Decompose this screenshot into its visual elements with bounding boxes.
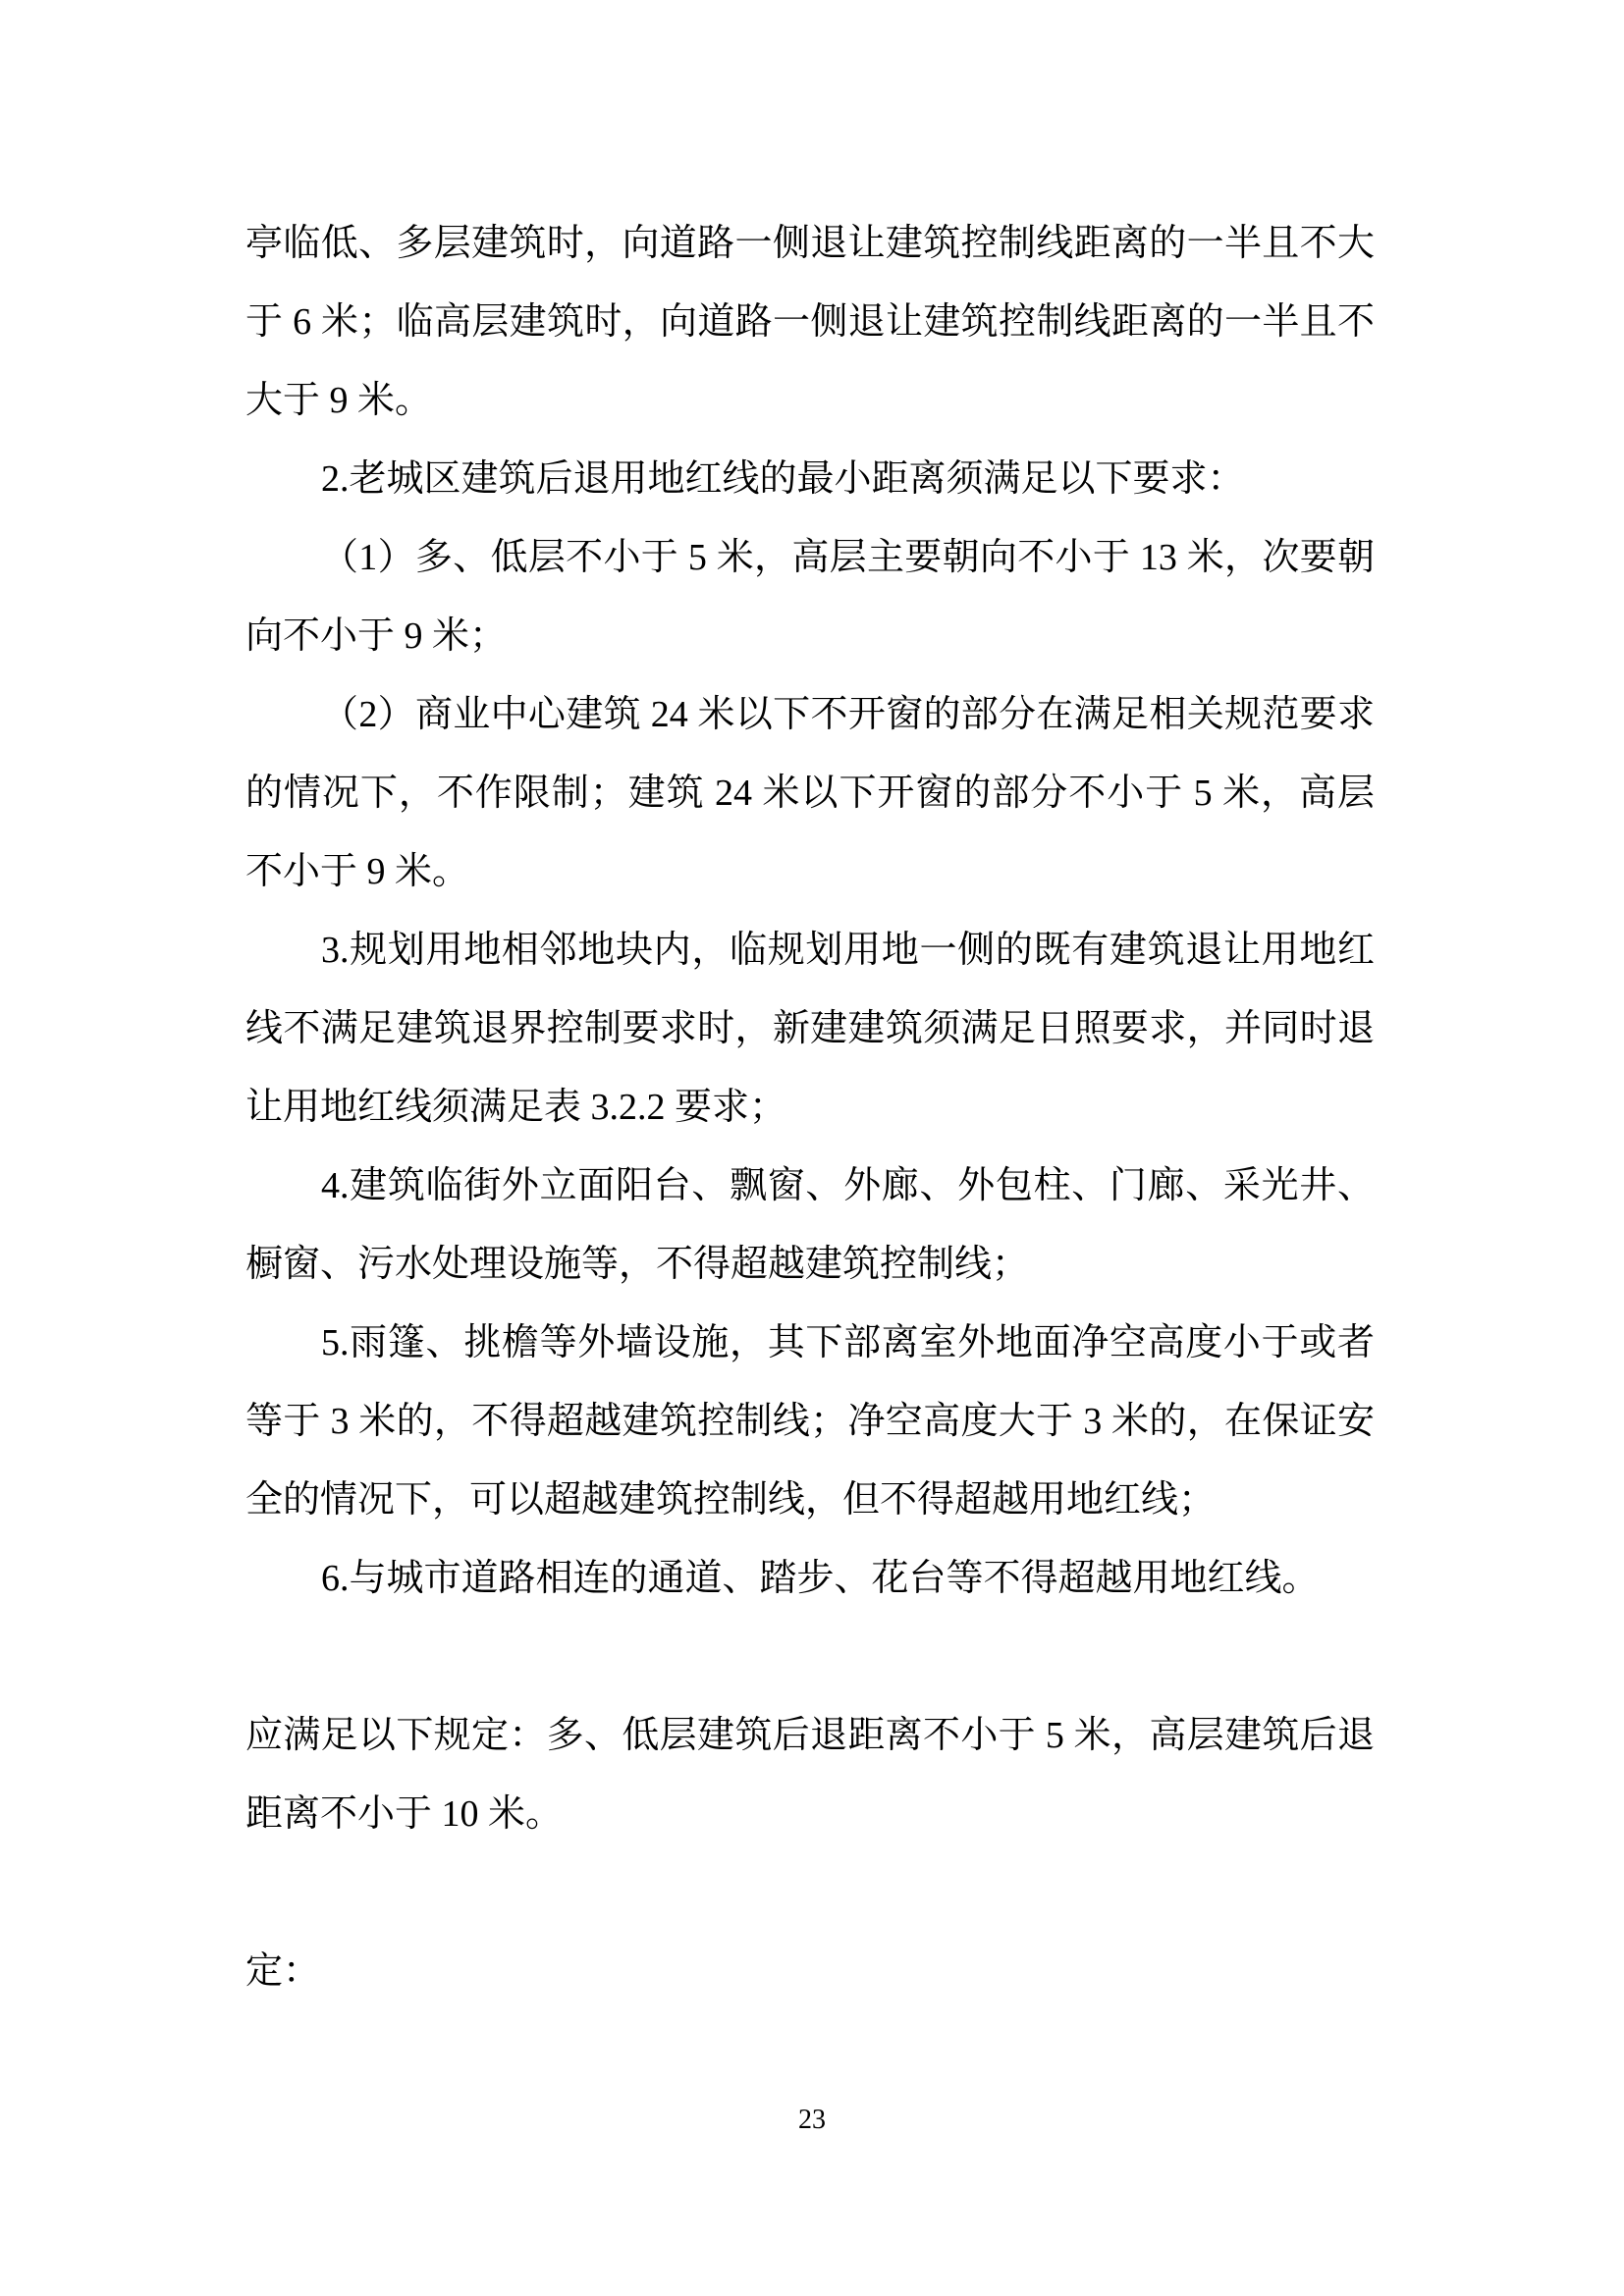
text-line: 亭临低、多层建筑时，向道路一侧退让建筑控制线距离的一半且不大 (245, 204, 1375, 283)
text-line: 向不小于 9 米； (245, 597, 1375, 675)
text-line: 于 6 米；临高层建筑时，向道路一侧退让建筑控制线距离的一半且不 (245, 283, 1375, 361)
text-line: 应满足以下规定：多、低层建筑后退距离不小于 5 米，高层建筑后退 (245, 1696, 1375, 1775)
text-line: 2.老城区建筑后退用地红线的最小距离须满足以下要求： (245, 440, 1375, 518)
text-line: 大于 9 米。 (245, 361, 1375, 440)
text-line: 6.与城市道路相连的通道、踏步、花台等不得超越用地红线。 (245, 1539, 1375, 1618)
text-line: 的情况下，不作限制；建筑 24 米以下开窗的部分不小于 5 米，高层 (245, 754, 1375, 832)
text-line: 定： (245, 1932, 1375, 2010)
text-line: 让用地红线须满足表 3.2.2 要求； (245, 1068, 1375, 1147)
text-line: 第3.2.4条 各类建筑后退规划道路红线的最小距离应满足以下规 (245, 1853, 1375, 1932)
text-line: （1）多、低层不小于 5 米，高层主要朝向不小于 13 米，次要朝 (245, 518, 1375, 597)
text-line: 第3.2.3条 各类建筑临规划绿地布置时，其后退规划绿线的距离 (245, 1618, 1375, 1696)
text-line: 橱窗、污水处理设施等，不得超越建筑控制线； (245, 1225, 1375, 1304)
text-line: 5.雨篷、挑檐等外墙设施，其下部离室外地面净空高度小于或者 (245, 1304, 1375, 1382)
document-text-block: 亭临低、多层建筑时，向道路一侧退让建筑控制线距离的一半且不大 于 6 米；临高层… (245, 204, 1375, 2010)
text-line: 全的情况下，可以超越建筑控制线，但不得超越用地红线； (245, 1461, 1375, 1539)
text-line: 距离不小于 10 米。 (245, 1775, 1375, 1853)
page-number: 23 (0, 2101, 1624, 2140)
document-page: 亭临低、多层建筑时，向道路一侧退让建筑控制线距离的一半且不大 于 6 米；临高层… (0, 0, 1624, 2296)
text-line: 不小于 9 米。 (245, 832, 1375, 911)
text-line: 4.建筑临街外立面阳台、飘窗、外廊、外包柱、门廊、采光井、 (245, 1147, 1375, 1225)
text-line: 3.规划用地相邻地块内，临规划用地一侧的既有建筑退让用地红 (245, 911, 1375, 989)
text-line: 等于 3 米的，不得超越建筑控制线；净空高度大于 3 米的，在保证安 (245, 1382, 1375, 1461)
text-line: （2）商业中心建筑 24 米以下不开窗的部分在满足相关规范要求 (245, 675, 1375, 754)
text-line: 线不满足建筑退界控制要求时，新建建筑须满足日照要求，并同时退 (245, 989, 1375, 1068)
